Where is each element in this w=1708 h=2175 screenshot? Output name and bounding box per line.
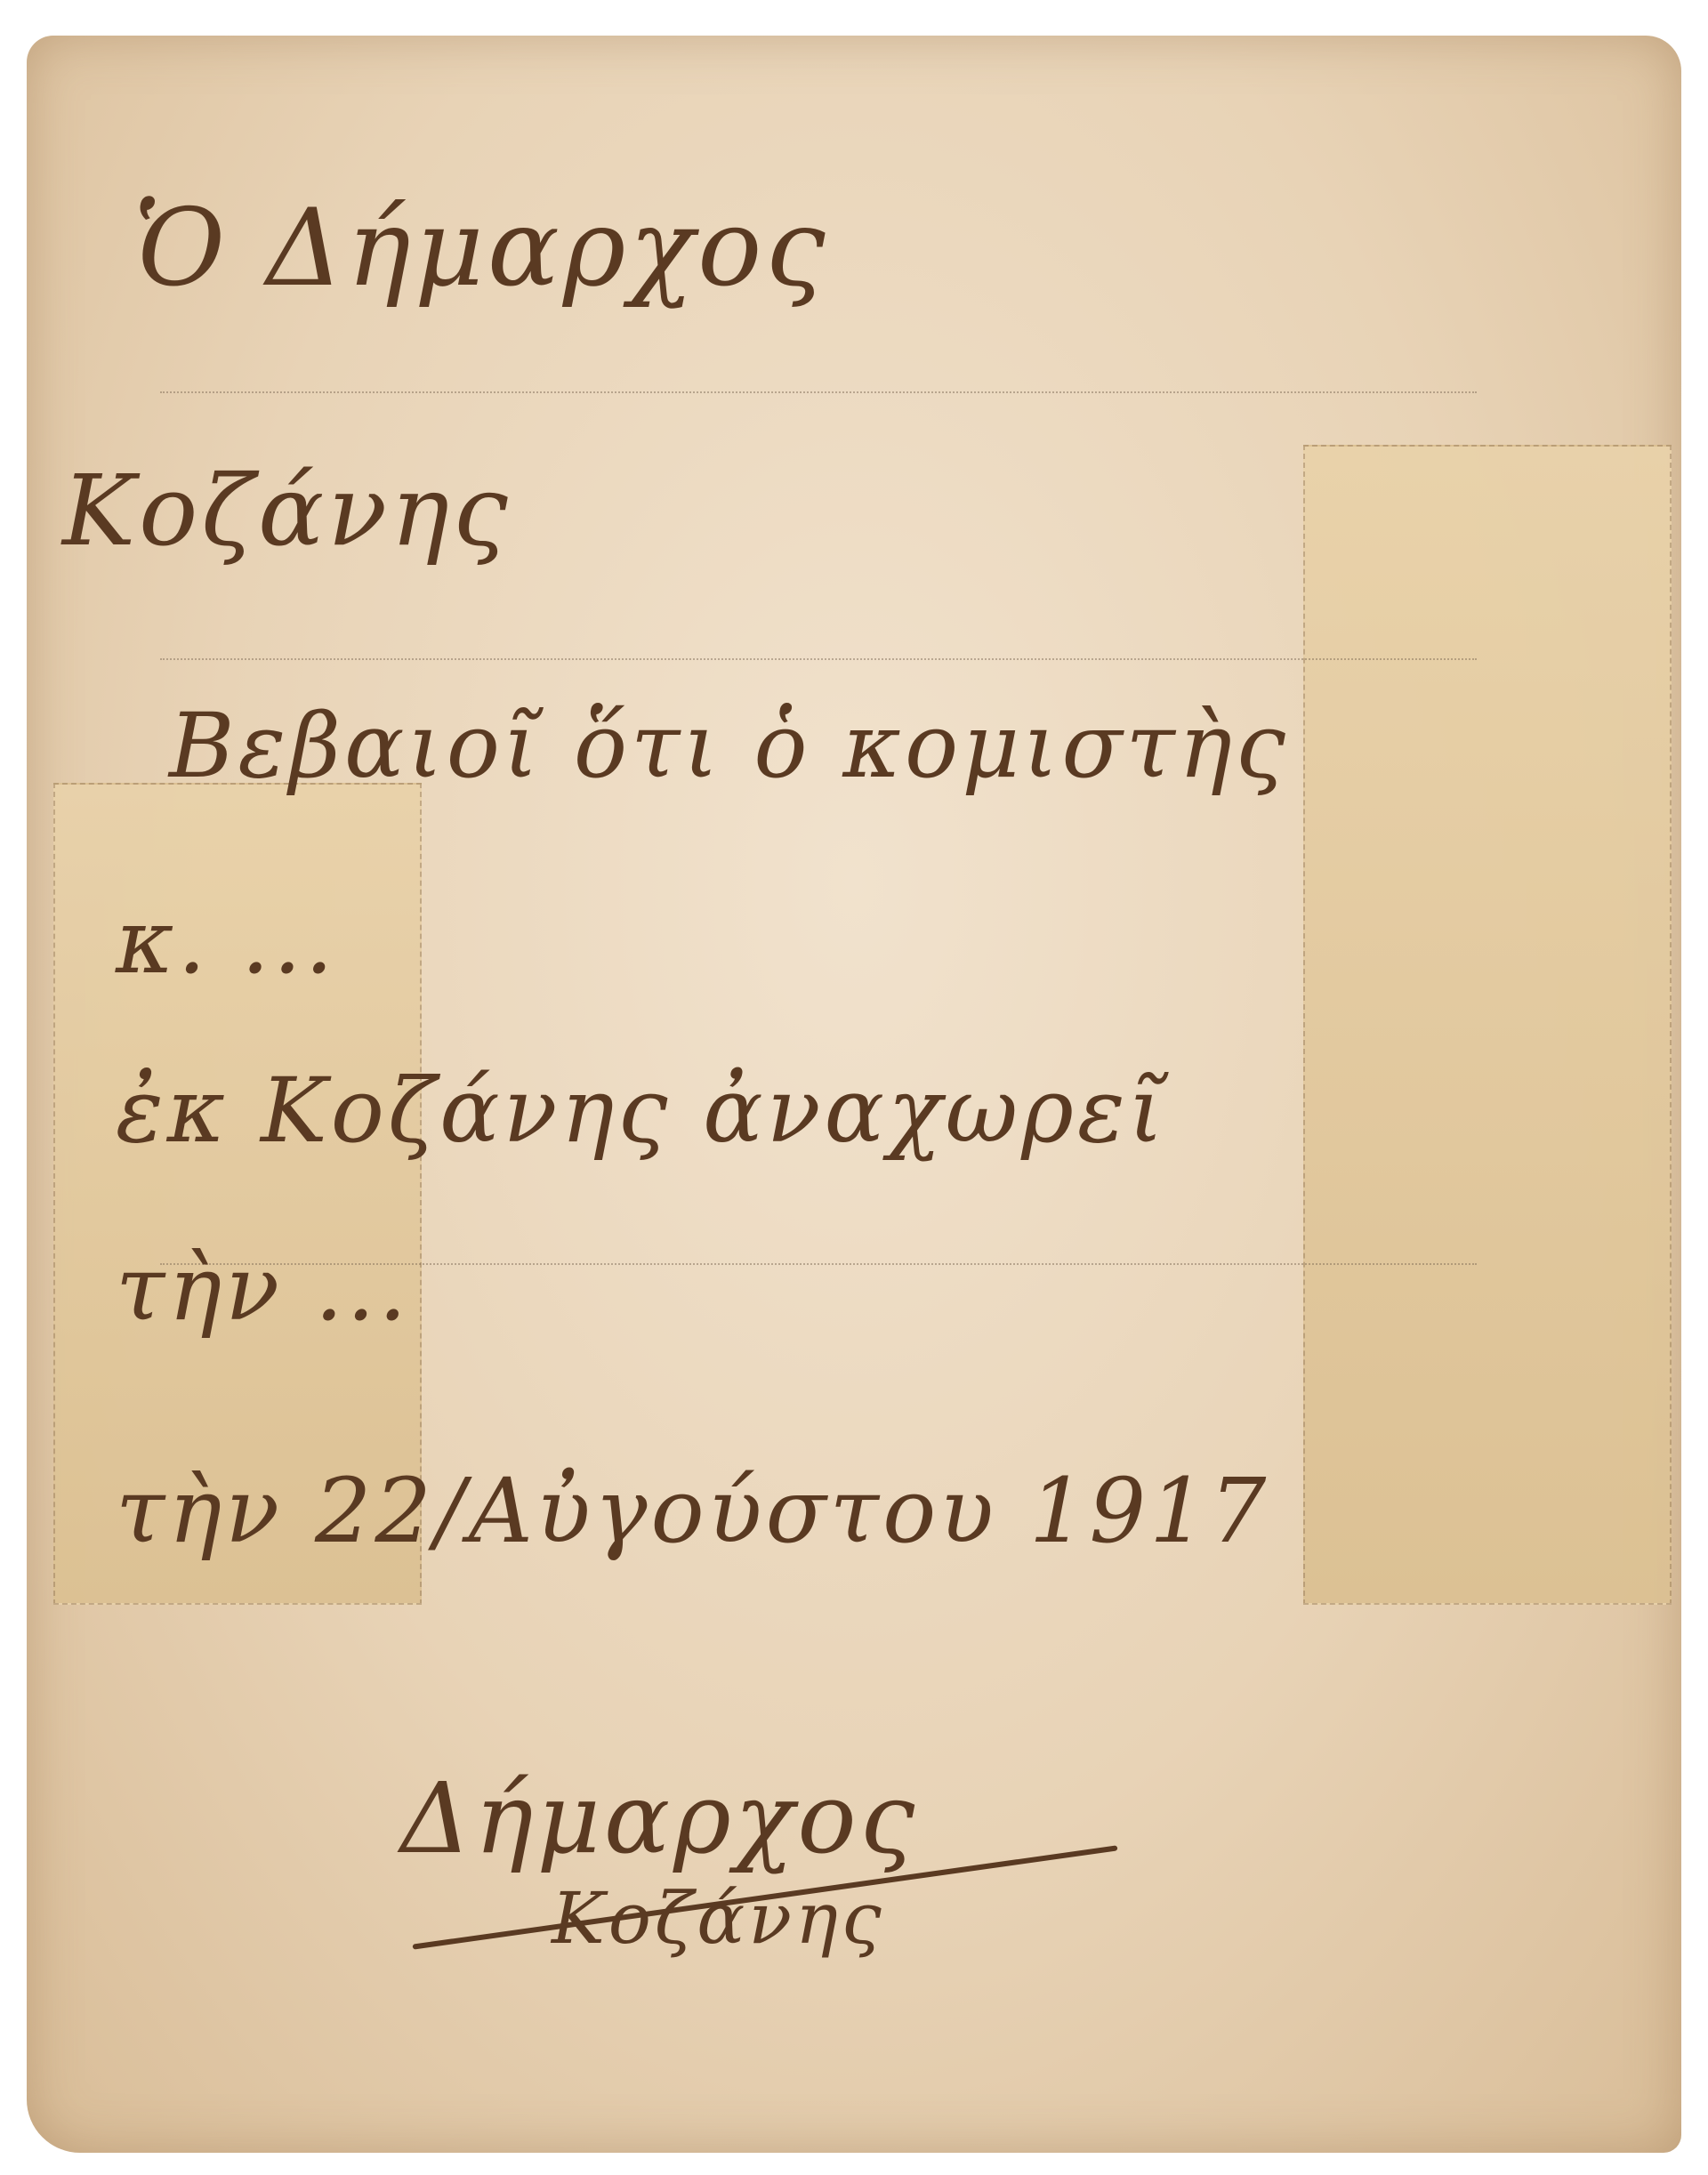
handwritten-line: Βεβαιοῖ ὅτι ὁ κομιστὴς — [169, 694, 1289, 798]
handwritten-line: κ. ... — [116, 890, 337, 994]
tape-right — [1303, 445, 1672, 1605]
ruled-line — [160, 391, 1477, 393]
signature-name: Δήμαρχος — [400, 1761, 918, 1875]
ruled-line — [160, 658, 1477, 660]
date-line: τὴν 22/Αὐγούστου 1917 — [116, 1459, 1269, 1563]
handwritten-line: Ὁ Δήμαρχος — [133, 187, 829, 310]
handwritten-line: τὴν ... — [116, 1237, 410, 1341]
signature-title: Κοζάνης — [552, 1877, 885, 1960]
handwritten-line: ἐκ Κοζάνης ἀναχωρεῖ — [116, 1059, 1167, 1163]
handwritten-line: Κοζάνης — [62, 454, 512, 568]
